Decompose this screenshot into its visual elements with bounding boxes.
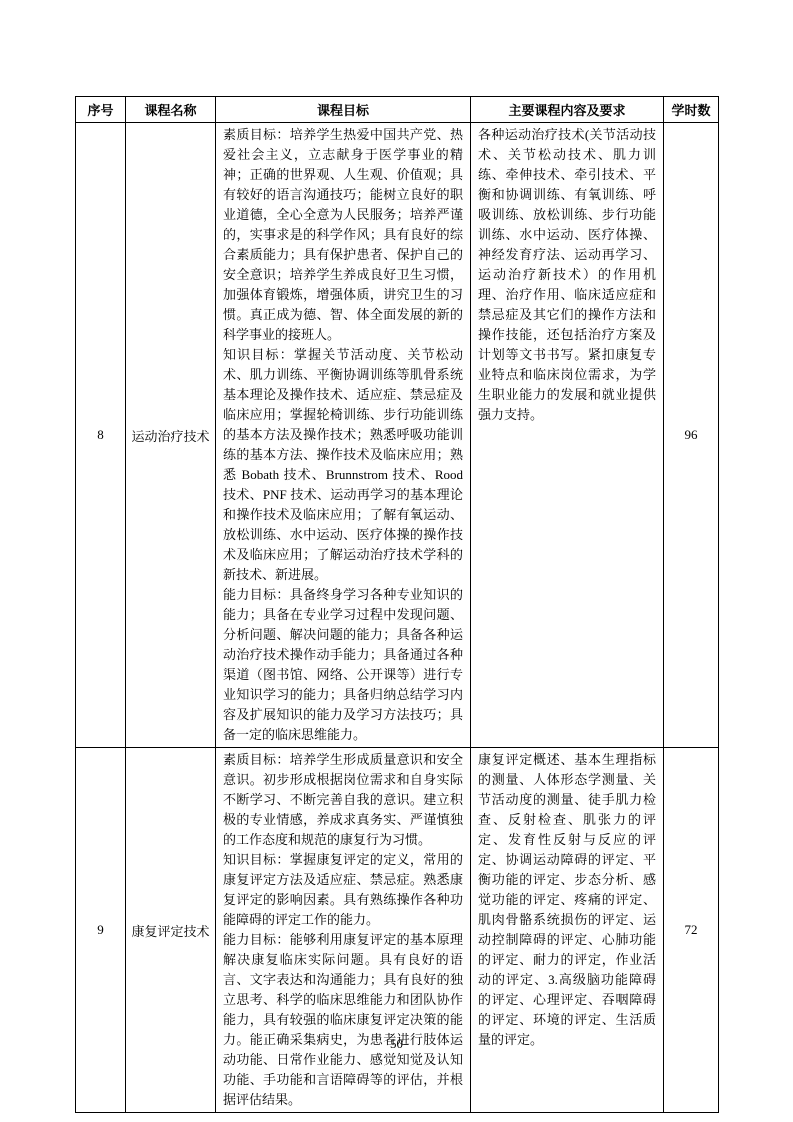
course-content: 康复评定概述、基本生理指标的测量、人体形态学测量、关节活动度的测量、徒手肌力检查… bbox=[471, 748, 664, 1113]
row-index: 9 bbox=[76, 748, 126, 1113]
header-course-objectives: 课程目标 bbox=[216, 97, 471, 123]
table-row: 8 运动治疗技术 素质目标：培养学生热爱中国共产党、热爱社会主义，立志献身于医学… bbox=[76, 123, 719, 748]
course-content: 各种运动治疗技术(关节活动技术、关节松动技术、肌力训练、牵伸技术、牵引技术、平衡… bbox=[471, 123, 664, 748]
page-number: 50 bbox=[0, 1036, 793, 1052]
table-row: 9 康复评定技术 素质目标：培养学生形成质量意识和安全意识。初步形成根据岗位需求… bbox=[76, 748, 719, 1113]
course-hours: 96 bbox=[664, 123, 719, 748]
header-index: 序号 bbox=[76, 97, 126, 123]
course-table: 序号 课程名称 课程目标 主要课程内容及要求 学时数 8 运动治疗技术 素质目标… bbox=[75, 96, 719, 1113]
header-course-name: 课程名称 bbox=[126, 97, 216, 123]
course-name: 运动治疗技术 bbox=[126, 123, 216, 748]
header-hours: 学时数 bbox=[664, 97, 719, 123]
row-index: 8 bbox=[76, 123, 126, 748]
course-objectives: 素质目标：培养学生形成质量意识和安全意识。初步形成根据岗位需求和自身实际不断学习… bbox=[216, 748, 471, 1113]
course-objectives: 素质目标：培养学生热爱中国共产党、热爱社会主义，立志献身于医学事业的精神；正确的… bbox=[216, 123, 471, 748]
header-course-content: 主要课程内容及要求 bbox=[471, 97, 664, 123]
document-page: 序号 课程名称 课程目标 主要课程内容及要求 学时数 8 运动治疗技术 素质目标… bbox=[0, 0, 793, 1122]
table-header-row: 序号 课程名称 课程目标 主要课程内容及要求 学时数 bbox=[76, 97, 719, 123]
course-hours: 72 bbox=[664, 748, 719, 1113]
course-name: 康复评定技术 bbox=[126, 748, 216, 1113]
